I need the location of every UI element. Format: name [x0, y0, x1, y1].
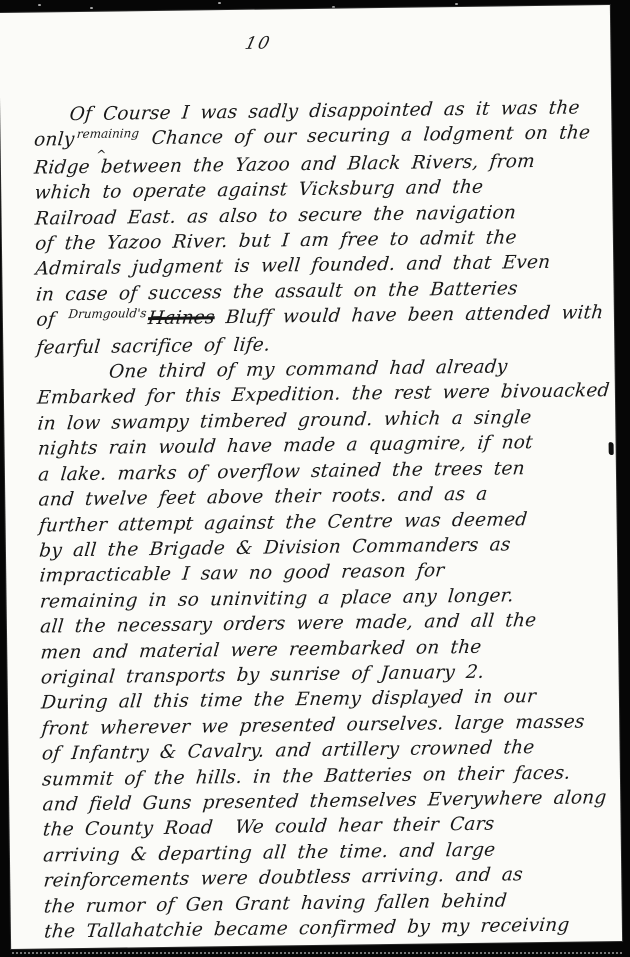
text-segment: arriving & departing all the time. and l…: [42, 839, 496, 866]
text-segment: which to operate against Vicksburg and t…: [34, 177, 484, 204]
manuscript-page: 10 Of Course I was sadly disappointed as…: [0, 5, 622, 949]
text-segment: of Infantry & Cavalry. and artillery cro…: [41, 737, 535, 764]
inserted-word: remaining: [74, 126, 141, 141]
text-segment: the Tallahatchie became confirmed by my …: [43, 915, 570, 943]
text-segment: all the necessary orders were made, and …: [39, 610, 537, 638]
manuscript-lines: Of Course I was sadly disappointed as it…: [0, 5, 622, 949]
scan-speckle: [90, 7, 93, 9]
text-segment: nights rain would have made a quagmire, …: [37, 432, 534, 460]
struck-word: Haines: [147, 307, 216, 329]
text-segment: the County Road We could hear their Cars: [42, 814, 495, 841]
inserted-word: Drumgould's: [66, 306, 149, 321]
ink-blot: [609, 442, 614, 455]
text-segment: During all this time the Enemy displayed…: [40, 686, 537, 714]
text-segment: Bluff would have been attended with a: [214, 302, 622, 328]
text-segment: only: [33, 129, 75, 151]
text-segment: impracticable I saw no good reason for: [39, 561, 446, 587]
text-segment: One third of my command had already: [108, 356, 508, 382]
scan-speckle: [38, 4, 41, 6]
text-segment: remaining in so uninviting a place any l…: [39, 585, 515, 612]
text-segment: Railroad East. as also to secure the nav…: [34, 202, 517, 229]
scan-background: 10 Of Course I was sadly disappointed as…: [0, 0, 630, 957]
text-segment: and twelve feet above their roots. and a…: [38, 484, 489, 511]
text-segment: further attempt against the Centre was d…: [38, 509, 528, 536]
text-segment: fearful sacrifice of life.: [36, 334, 271, 358]
scan-speckle: [455, 3, 458, 5]
scan-speckle: [218, 2, 221, 4]
text-segment: of: [36, 309, 67, 330]
scan-edge-artifact: [12, 952, 622, 954]
text-segment: reinforcements were doubtless arriving. …: [43, 864, 524, 891]
text-segment: men and material were reembarked on the: [40, 636, 483, 663]
text-segment: the rumor of Gen Grant having fallen beh…: [43, 890, 508, 917]
text-segment: original transports by sunrise of Januar…: [40, 662, 485, 689]
text-segment: Chance of our securing a lodgment on the: [140, 123, 592, 150]
